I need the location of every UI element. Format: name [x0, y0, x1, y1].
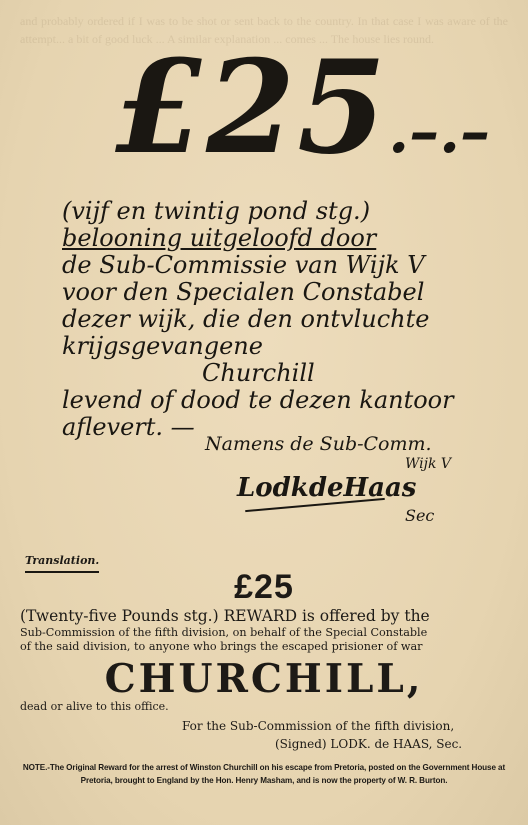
printed-amount: £25 — [0, 567, 528, 607]
signature-name: LodkdeHaas — [205, 472, 505, 504]
handwritten-line: (vijf en twintig pond stg.) — [62, 198, 502, 225]
footnote-line: Pretoria, brought to England by the Hon.… — [22, 774, 507, 787]
printed-body-line: Sub-Commission of the fifth division, on… — [20, 626, 500, 640]
handwritten-amount-dashes: .–.– — [388, 97, 490, 167]
footnote: NOTE.-The Original Reward for the arrest… — [22, 761, 507, 787]
printed-reward-line: (Twenty-five Pounds stg.) REWARD is offe… — [20, 607, 500, 625]
printed-dead-or-alive: dead or alive to this office. — [20, 700, 169, 714]
printed-body: Sub-Commission of the fifth division, on… — [20, 626, 500, 654]
handwritten-signature-block: Namens de Sub-Comm. Wijk V LodkdeHaas Se… — [205, 432, 505, 526]
footnote-line: NOTE.-The Original Reward for the arrest… — [22, 761, 507, 774]
printed-body-line: of the said division, to anyone who brin… — [20, 640, 500, 654]
printed-wanted-name: CHURCHILL, — [0, 656, 528, 702]
signature-ward: Wijk V — [205, 456, 505, 472]
handwritten-line: voor den Specialen Constabel — [62, 279, 502, 306]
printed-for-line: For the Sub-Commission of the fifth divi… — [182, 718, 454, 734]
handwritten-line: dezer wijk, die den ontvluchte — [62, 306, 502, 333]
handwritten-amount-value: £25 — [115, 33, 388, 183]
printed-signed-line: (Signed) LODK. de HAAS, Sec. — [275, 736, 462, 752]
handwritten-line: levend of dood te dezen kantoor — [62, 387, 502, 414]
handwritten-amount: £25.–.– — [115, 38, 490, 202]
reward-poster-page: and probably ordered if I was to be shot… — [0, 0, 528, 825]
signature-on-behalf: Namens de Sub-Comm. — [205, 432, 505, 456]
handwritten-line: de Sub-Commissie van Wijk V — [62, 252, 502, 279]
handwritten-notice: (vijf en twintig pond stg.) belooning ui… — [62, 198, 502, 441]
handwritten-name: Churchill — [62, 360, 502, 387]
handwritten-line: belooning uitgeloofd door — [62, 225, 502, 252]
handwritten-line: krijgsgevangene — [62, 333, 502, 360]
